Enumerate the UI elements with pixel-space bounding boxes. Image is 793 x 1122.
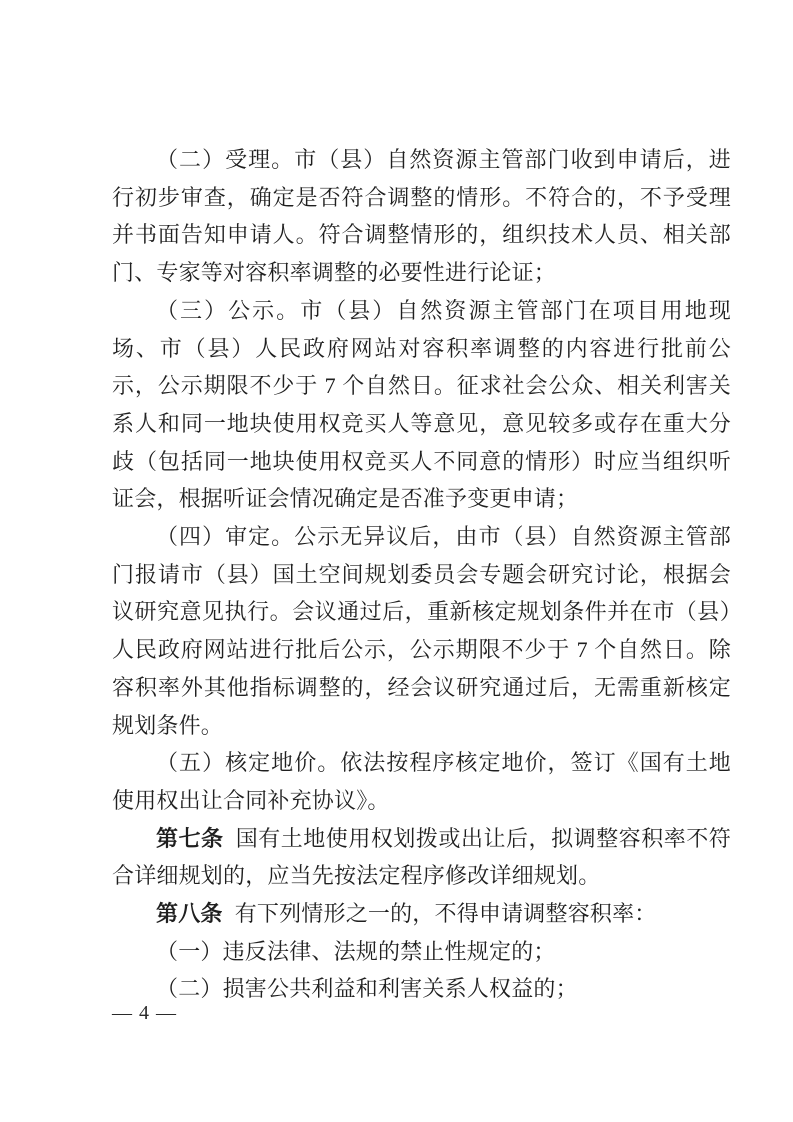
body-paragraph-public-notice: （三）公示。市（县）自然资源主管部门在项目用地现场、市（县）人民政府网站对容积率… — [112, 292, 731, 518]
document-body: （二）受理。市（县）自然资源主管部门收到申请后，进行初步审查，确定是否符合调整的… — [112, 141, 731, 1008]
article-8-text: 有下列情形之一的，不得申请调整容积率： — [235, 901, 657, 926]
article-paragraph-7: 第七条国有土地使用权划拨或出让后，拟调整容积率不符合详细规划的，应当先按法定程序… — [112, 820, 731, 895]
article-8-number-label: 第八条 — [156, 901, 223, 926]
article-7-number-label: 第七条 — [156, 826, 224, 851]
body-paragraph-review-decision: （四）审定。公示无异议后，由市（县）自然资源主管部门报请市（县）国土空间规划委员… — [112, 518, 731, 744]
article-paragraph-8: 第八条有下列情形之一的，不得申请调整容积率： — [112, 895, 731, 933]
page-number-footer: — 4 — — [112, 1000, 177, 1026]
document-page: （二）受理。市（县）自然资源主管部门收到申请后，进行初步审查，确定是否符合调整的… — [0, 0, 793, 1122]
body-paragraph-acceptance: （二）受理。市（县）自然资源主管部门收到申请后，进行初步审查，确定是否符合调整的… — [112, 141, 731, 292]
list-item-2: （二）损害公共利益和利害关系人权益的； — [112, 970, 731, 1008]
body-paragraph-land-price: （五）核定地价。依法按程序核定地价，签订《国有土地使用权出让合同补充协议》。 — [112, 744, 731, 819]
list-item-1: （一）违反法律、法规的禁止性规定的； — [112, 933, 731, 971]
